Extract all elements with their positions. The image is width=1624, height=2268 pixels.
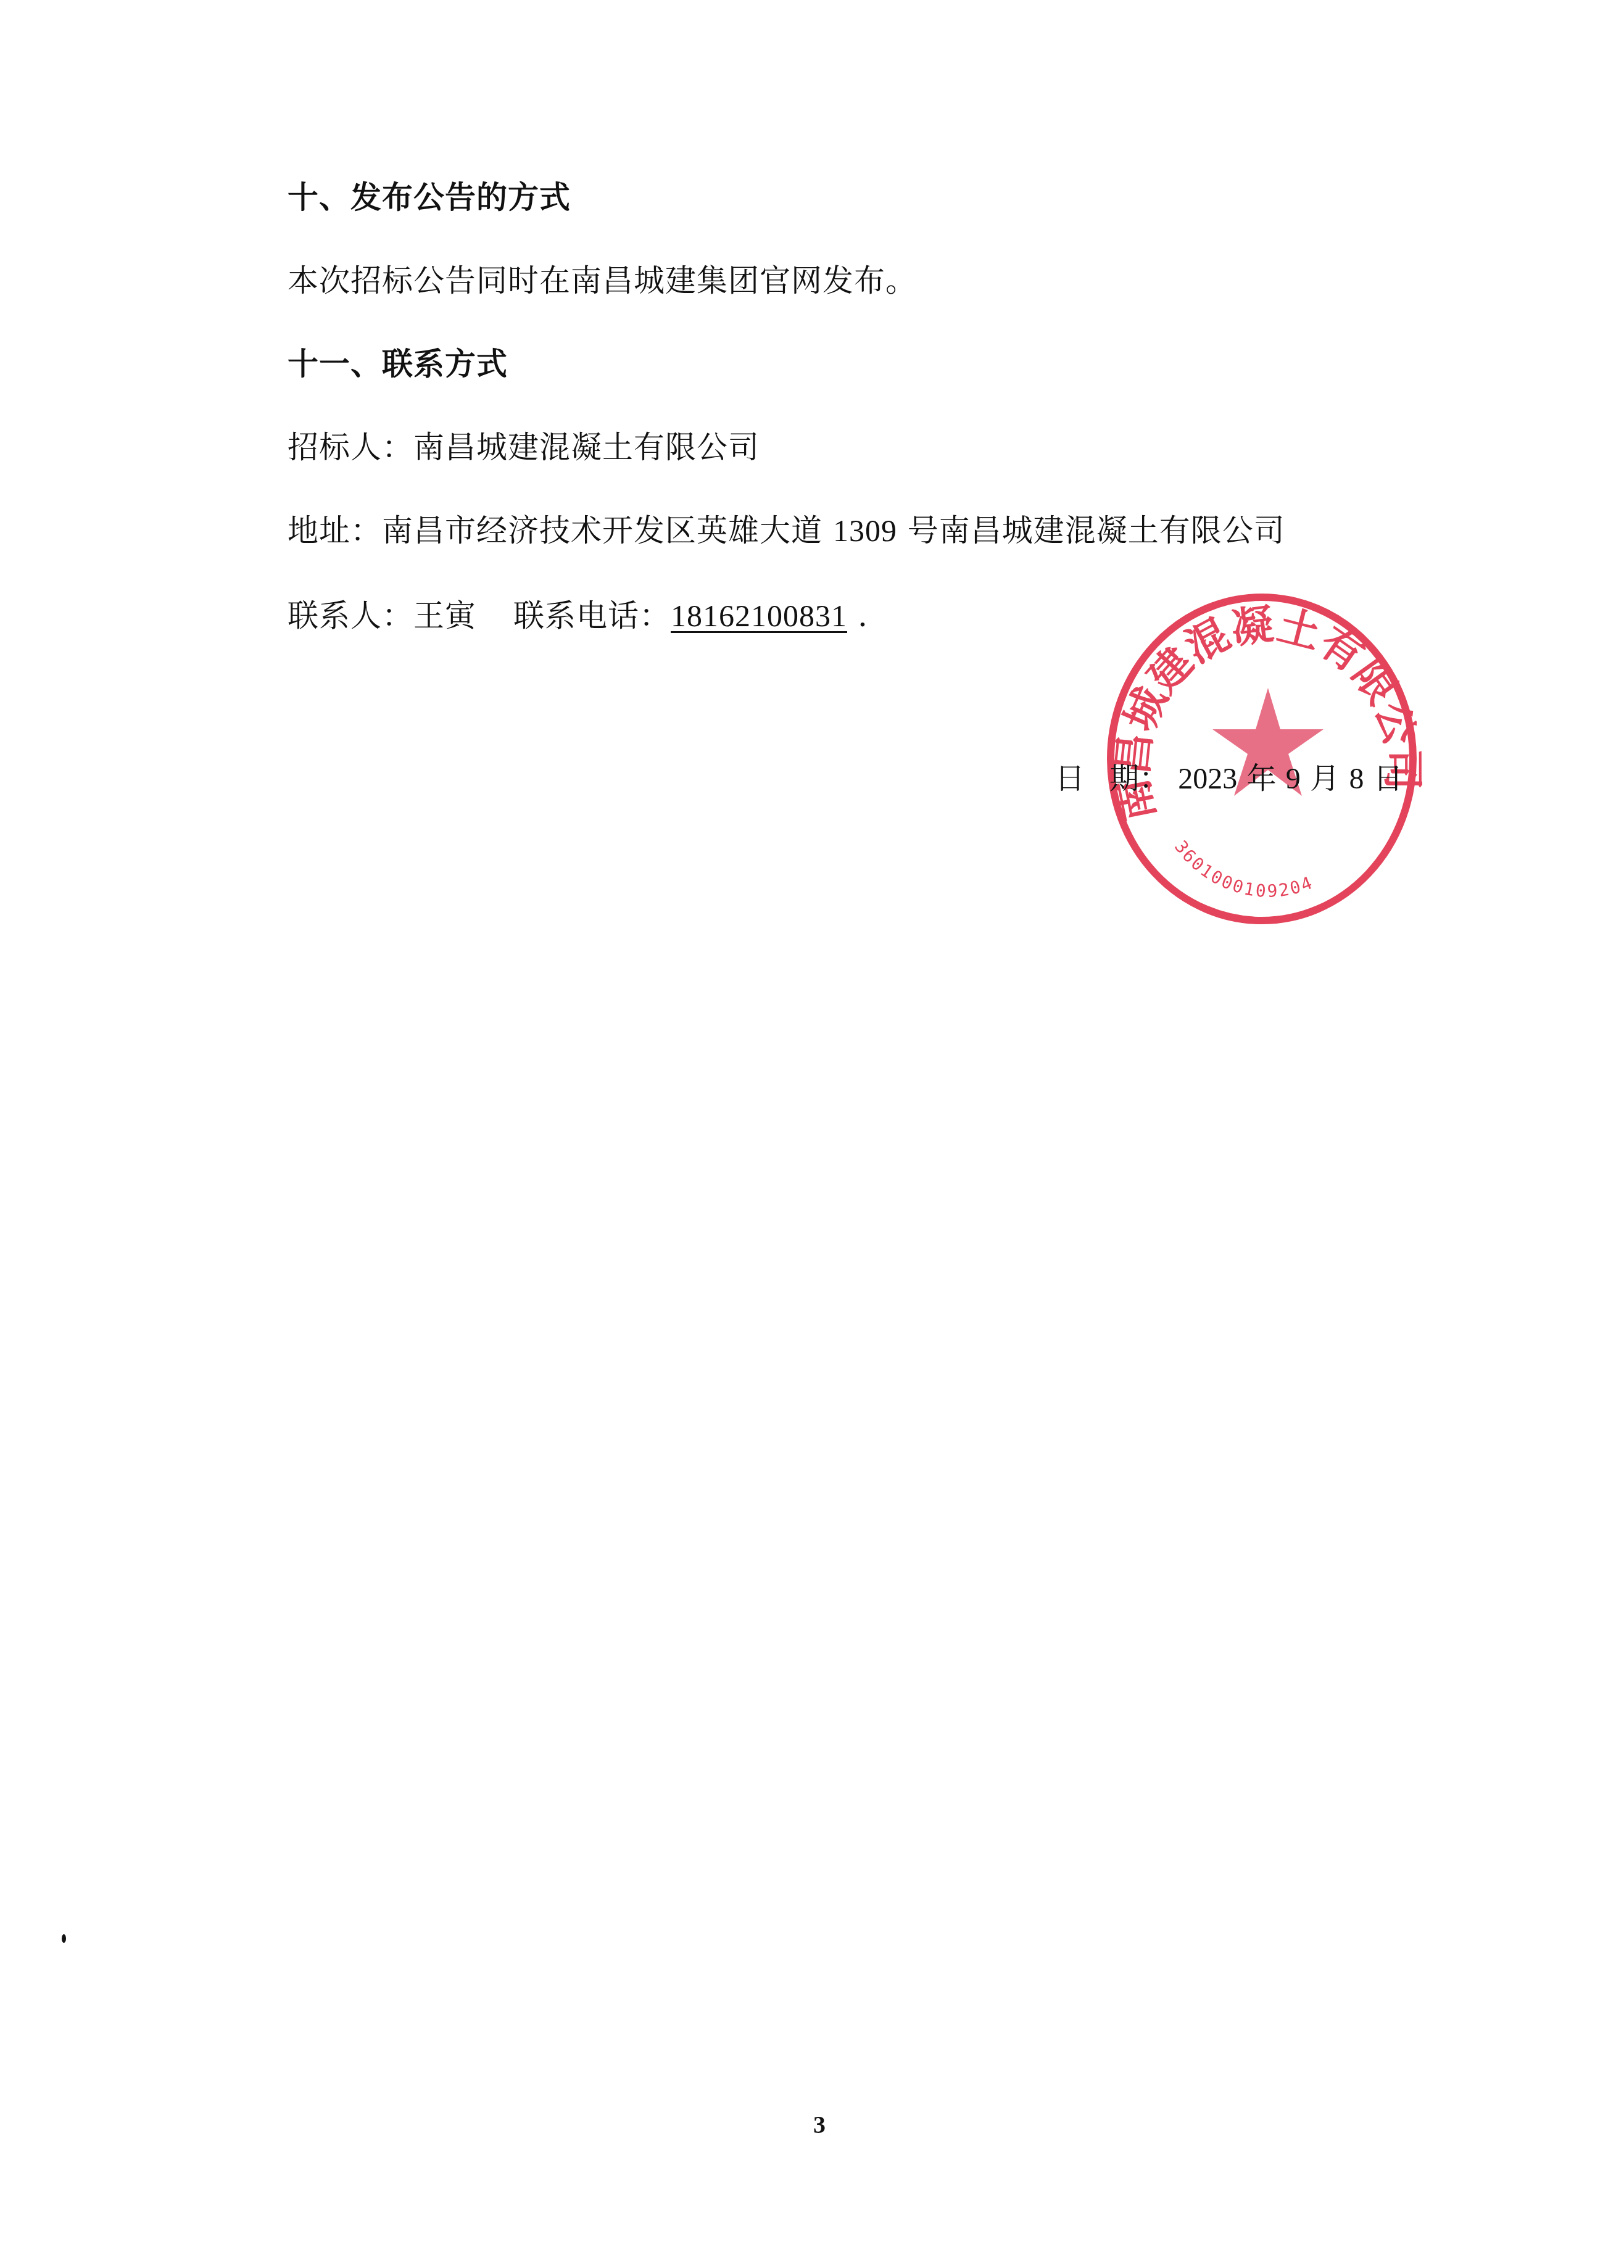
date-label-char1: 日 [1055,761,1085,796]
tenderer-line: 招标人：南昌城建混凝土有限公司 [288,429,760,466]
contact-label: 联系人： [288,598,413,634]
contact-line: 联系人：王寅联系电话：18162100831 . [288,597,868,634]
date-day: 8 [1349,763,1364,795]
section-10-body: 本次招标公告同时在南昌城建集团官网发布。 [288,262,917,299]
company-seal-stamp: 南昌城建混凝土有限公司 3601000109204 [1101,592,1422,925]
page-number: 3 [813,2110,826,2139]
section-11-heading: 十一、联系方式 [288,346,508,383]
seal-registration-number: 3601000109204 [1170,837,1317,901]
phone-label: 联系电话： [513,598,671,634]
address-number: 1309 [833,513,897,548]
address-label: 地址： [288,513,382,548]
document-page: 十、发布公告的方式 本次招标公告同时在南昌城建集团官网发布。 十一、联系方式 招… [0,0,1624,2268]
tenderer-value: 南昌城建混凝土有限公司 [413,429,760,465]
section-10-heading: 十、发布公告的方式 [288,179,571,216]
contact-value: 王寅 [413,598,476,634]
date-line: 日期： 2023 年 9 月 8 日 [1055,760,1403,798]
date-month-unit: 月 [1310,761,1340,796]
address-value-part1: 南昌市经济技术开发区英雄大道 [382,513,822,548]
date-day-unit: 日 [1373,761,1403,796]
address-line: 地址：南昌市经济技术开发区英雄大道 1309 号南昌城建混凝土有限公司 [288,512,1285,549]
date-label-char2: 期： [1109,761,1169,796]
phone-trailing: . [858,598,868,634]
date-year-unit: 年 [1247,761,1277,796]
phone-value: 18162100831 [671,598,847,633]
scan-speck [62,1934,66,1943]
date-year: 2023 [1178,763,1237,795]
address-value-part2: 号南昌城建混凝土有限公司 [908,513,1285,548]
tenderer-label: 招标人： [288,429,413,465]
date-month: 9 [1286,763,1301,795]
